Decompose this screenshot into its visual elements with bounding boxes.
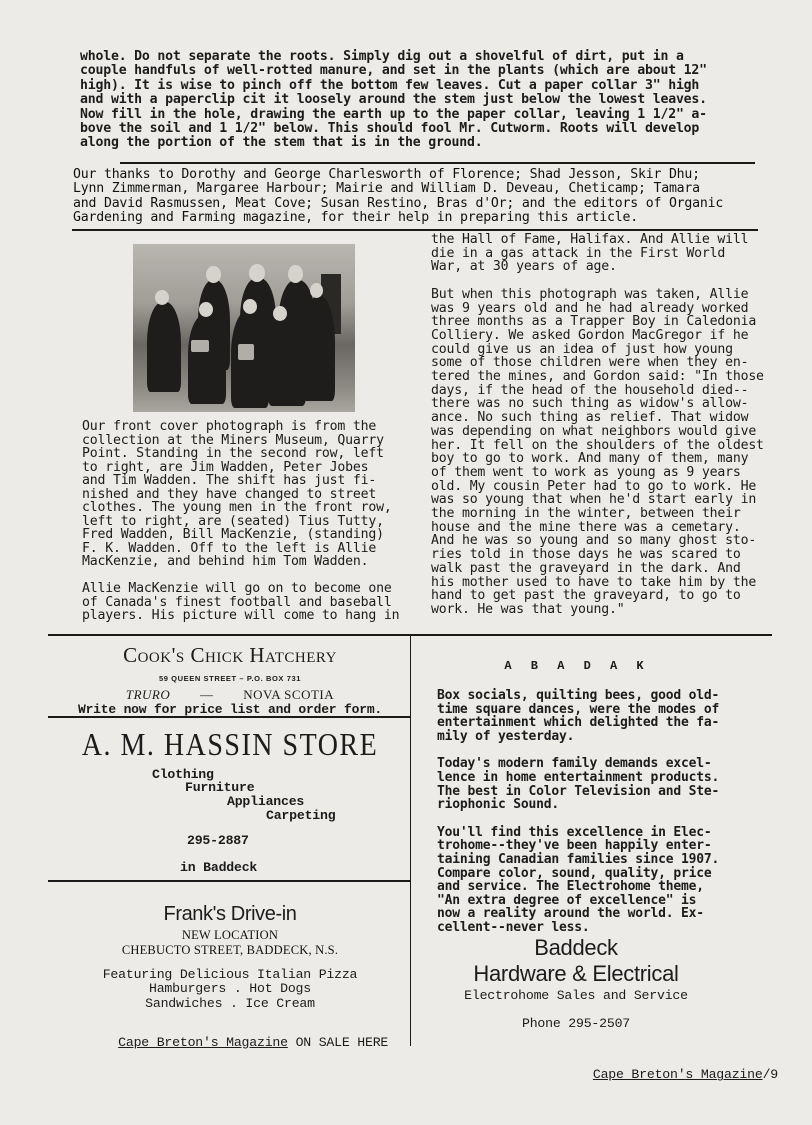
- footer-magazine-name: Cape Breton's Magazine: [593, 1067, 763, 1082]
- thanks-text: Our thanks to Dorothy and George Charles…: [73, 168, 723, 226]
- franks-on-sale-text: ON SALE HERE: [288, 1035, 388, 1050]
- hardware-name-2: Hardware & Electrical: [385, 961, 767, 987]
- intro-text: whole. Do not separate the roots. Simply…: [80, 50, 707, 151]
- cover-story-right-column: the Hall of Fame, Halifax. And Allie wil…: [431, 233, 764, 617]
- cooks-address: 59 QUEEN STREET – P.O. BOX 731: [52, 674, 408, 683]
- ad-baddeck-hardware: A B A D A K Box socials, quilting bees, …: [437, 659, 767, 1031]
- cooks-dash: —: [200, 687, 214, 702]
- hardware-tagline: Electrohome Sales and Service: [385, 989, 767, 1003]
- cooks-city: TRURO — NOVA SCOTIA: [52, 687, 408, 703]
- acknowledgements: Our thanks to Dorothy and George Charles…: [73, 168, 723, 226]
- cooks-city-name: TRURO: [126, 687, 170, 702]
- abadak-heading: A B A D A K: [387, 659, 767, 673]
- franks-subtitle: NEW LOCATION: [52, 928, 408, 943]
- hassin-phone: 295-2887: [187, 834, 249, 848]
- hassin-title: A. M. HASSIN STORE: [52, 728, 408, 765]
- franks-on-sale: Cape Breton's Magazine ON SALE HERE: [52, 1021, 408, 1064]
- franks-title: Frank's Drive-in: [52, 903, 408, 926]
- ad-cooks-chick-hatchery: Cook's Chick Hatchery 59 QUEEN STREET – …: [52, 643, 408, 717]
- hassin-location: in Baddeck: [180, 861, 257, 875]
- cooks-title: Cook's Chick Hatchery: [52, 643, 408, 668]
- hardware-name-1: Baddeck: [385, 935, 767, 961]
- hardware-para-1: Box socials, quilting bees, good old- ti…: [437, 689, 767, 743]
- page-footer: Cape Breton's Magazine/9: [562, 1054, 778, 1097]
- franks-address: CHEBUCTO STREET, BADDECK, N.S.: [52, 943, 408, 958]
- divider-hassin: [48, 880, 410, 882]
- hardware-para-2: Today's modern family demands excel- len…: [437, 757, 767, 811]
- divider-top: [120, 162, 755, 164]
- cover-story-right-text: the Hall of Fame, Halifax. And Allie wil…: [431, 233, 764, 617]
- ad-hassin-store: A. M. HASSIN STORE Clothing Furniture Ap…: [52, 730, 408, 838]
- cover-photograph: [133, 244, 355, 412]
- ad-franks-drive-in: Frank's Drive-in NEW LOCATION CHEBUCTO S…: [52, 903, 408, 1064]
- franks-menu-1: Hamburgers . Hot Dogs: [52, 982, 408, 996]
- hassin-item: Carpeting: [266, 809, 335, 823]
- cooks-province: NOVA SCOTIA: [243, 687, 334, 702]
- divider-cooks: [48, 716, 410, 718]
- franks-featuring: Featuring Delicious Italian Pizza: [52, 968, 408, 982]
- magazine-page: whole. Do not separate the roots. Simply…: [0, 0, 812, 1125]
- hassin-items: Clothing Furniture Appliances Carpeting: [52, 768, 408, 838]
- hardware-phone: Phone 295-2507: [385, 1017, 767, 1031]
- divider-thanks: [72, 229, 758, 231]
- page-number: /9: [763, 1067, 778, 1082]
- cover-story-left-column: Our front cover photograph is from the c…: [82, 420, 399, 623]
- hardware-para-3: You'll find this excellence in Elec- tro…: [437, 826, 767, 935]
- cover-story-left-text: Our front cover photograph is from the c…: [82, 420, 399, 623]
- franks-magazine-name: Cape Breton's Magazine: [118, 1035, 288, 1050]
- franks-menu-2: Sandwiches . Ice Cream: [52, 997, 408, 1011]
- article-intro: whole. Do not separate the roots. Simply…: [80, 50, 707, 151]
